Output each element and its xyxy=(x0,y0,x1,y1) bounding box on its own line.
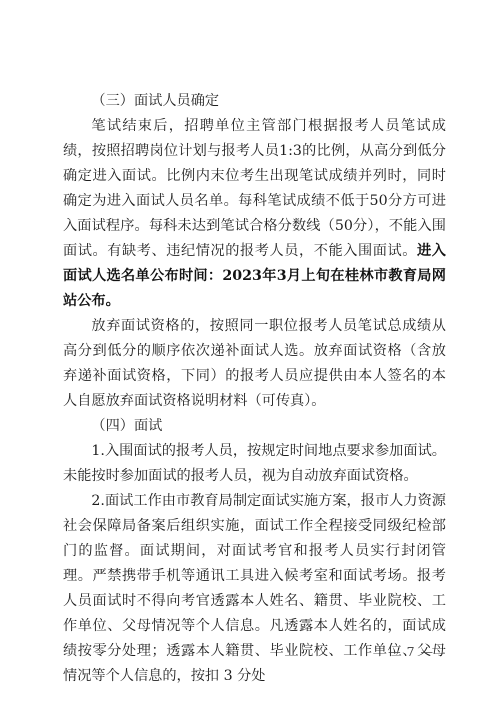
text-run: （三）面试人员确定 xyxy=(91,93,219,109)
para-interview-shortlist: 笔试结束后，招聘单位主管部门根据报考人员笔试成绩，按照招聘岗位计划与报考人员1:… xyxy=(63,114,446,314)
section-heading-3: （三）面试人员确定 xyxy=(63,89,446,114)
para-waiver-replacement: 放弃面试资格的，按照同一职位报考人员笔试总成绩从高分到低分的顺序依次递补面试人选… xyxy=(63,314,446,414)
page-number: — 7 — xyxy=(388,643,434,661)
text-run: 笔试结束后，招聘单位主管部门根据报考人员笔试成绩，按照招聘岗位计划与报考人员1:… xyxy=(63,118,446,259)
document-text-block: （三）面试人员确定笔试结束后，招聘单位主管部门根据报考人员笔试成绩，按照招聘岗位… xyxy=(63,89,446,689)
section-heading-4: （四）面试 xyxy=(63,414,446,439)
text-run: 1.入围面试的报考人员，按规定时间地点要求参加面试。未能按时参加面试的报考人员，… xyxy=(63,443,446,484)
para-interview-item-1: 1.入围面试的报考人员，按规定时间地点要求参加面试。未能按时参加面试的报考人员，… xyxy=(63,439,446,489)
text-run: （四）面试 xyxy=(91,418,162,434)
document-page: （三）面试人员确定笔试结束后，招聘单位主管部门根据报考人员笔试成绩，按照招聘岗位… xyxy=(0,0,504,712)
text-run: 放弃面试资格的，按照同一职位报考人员笔试总成绩从高分到低分的顺序依次递补面试人选… xyxy=(63,318,446,409)
